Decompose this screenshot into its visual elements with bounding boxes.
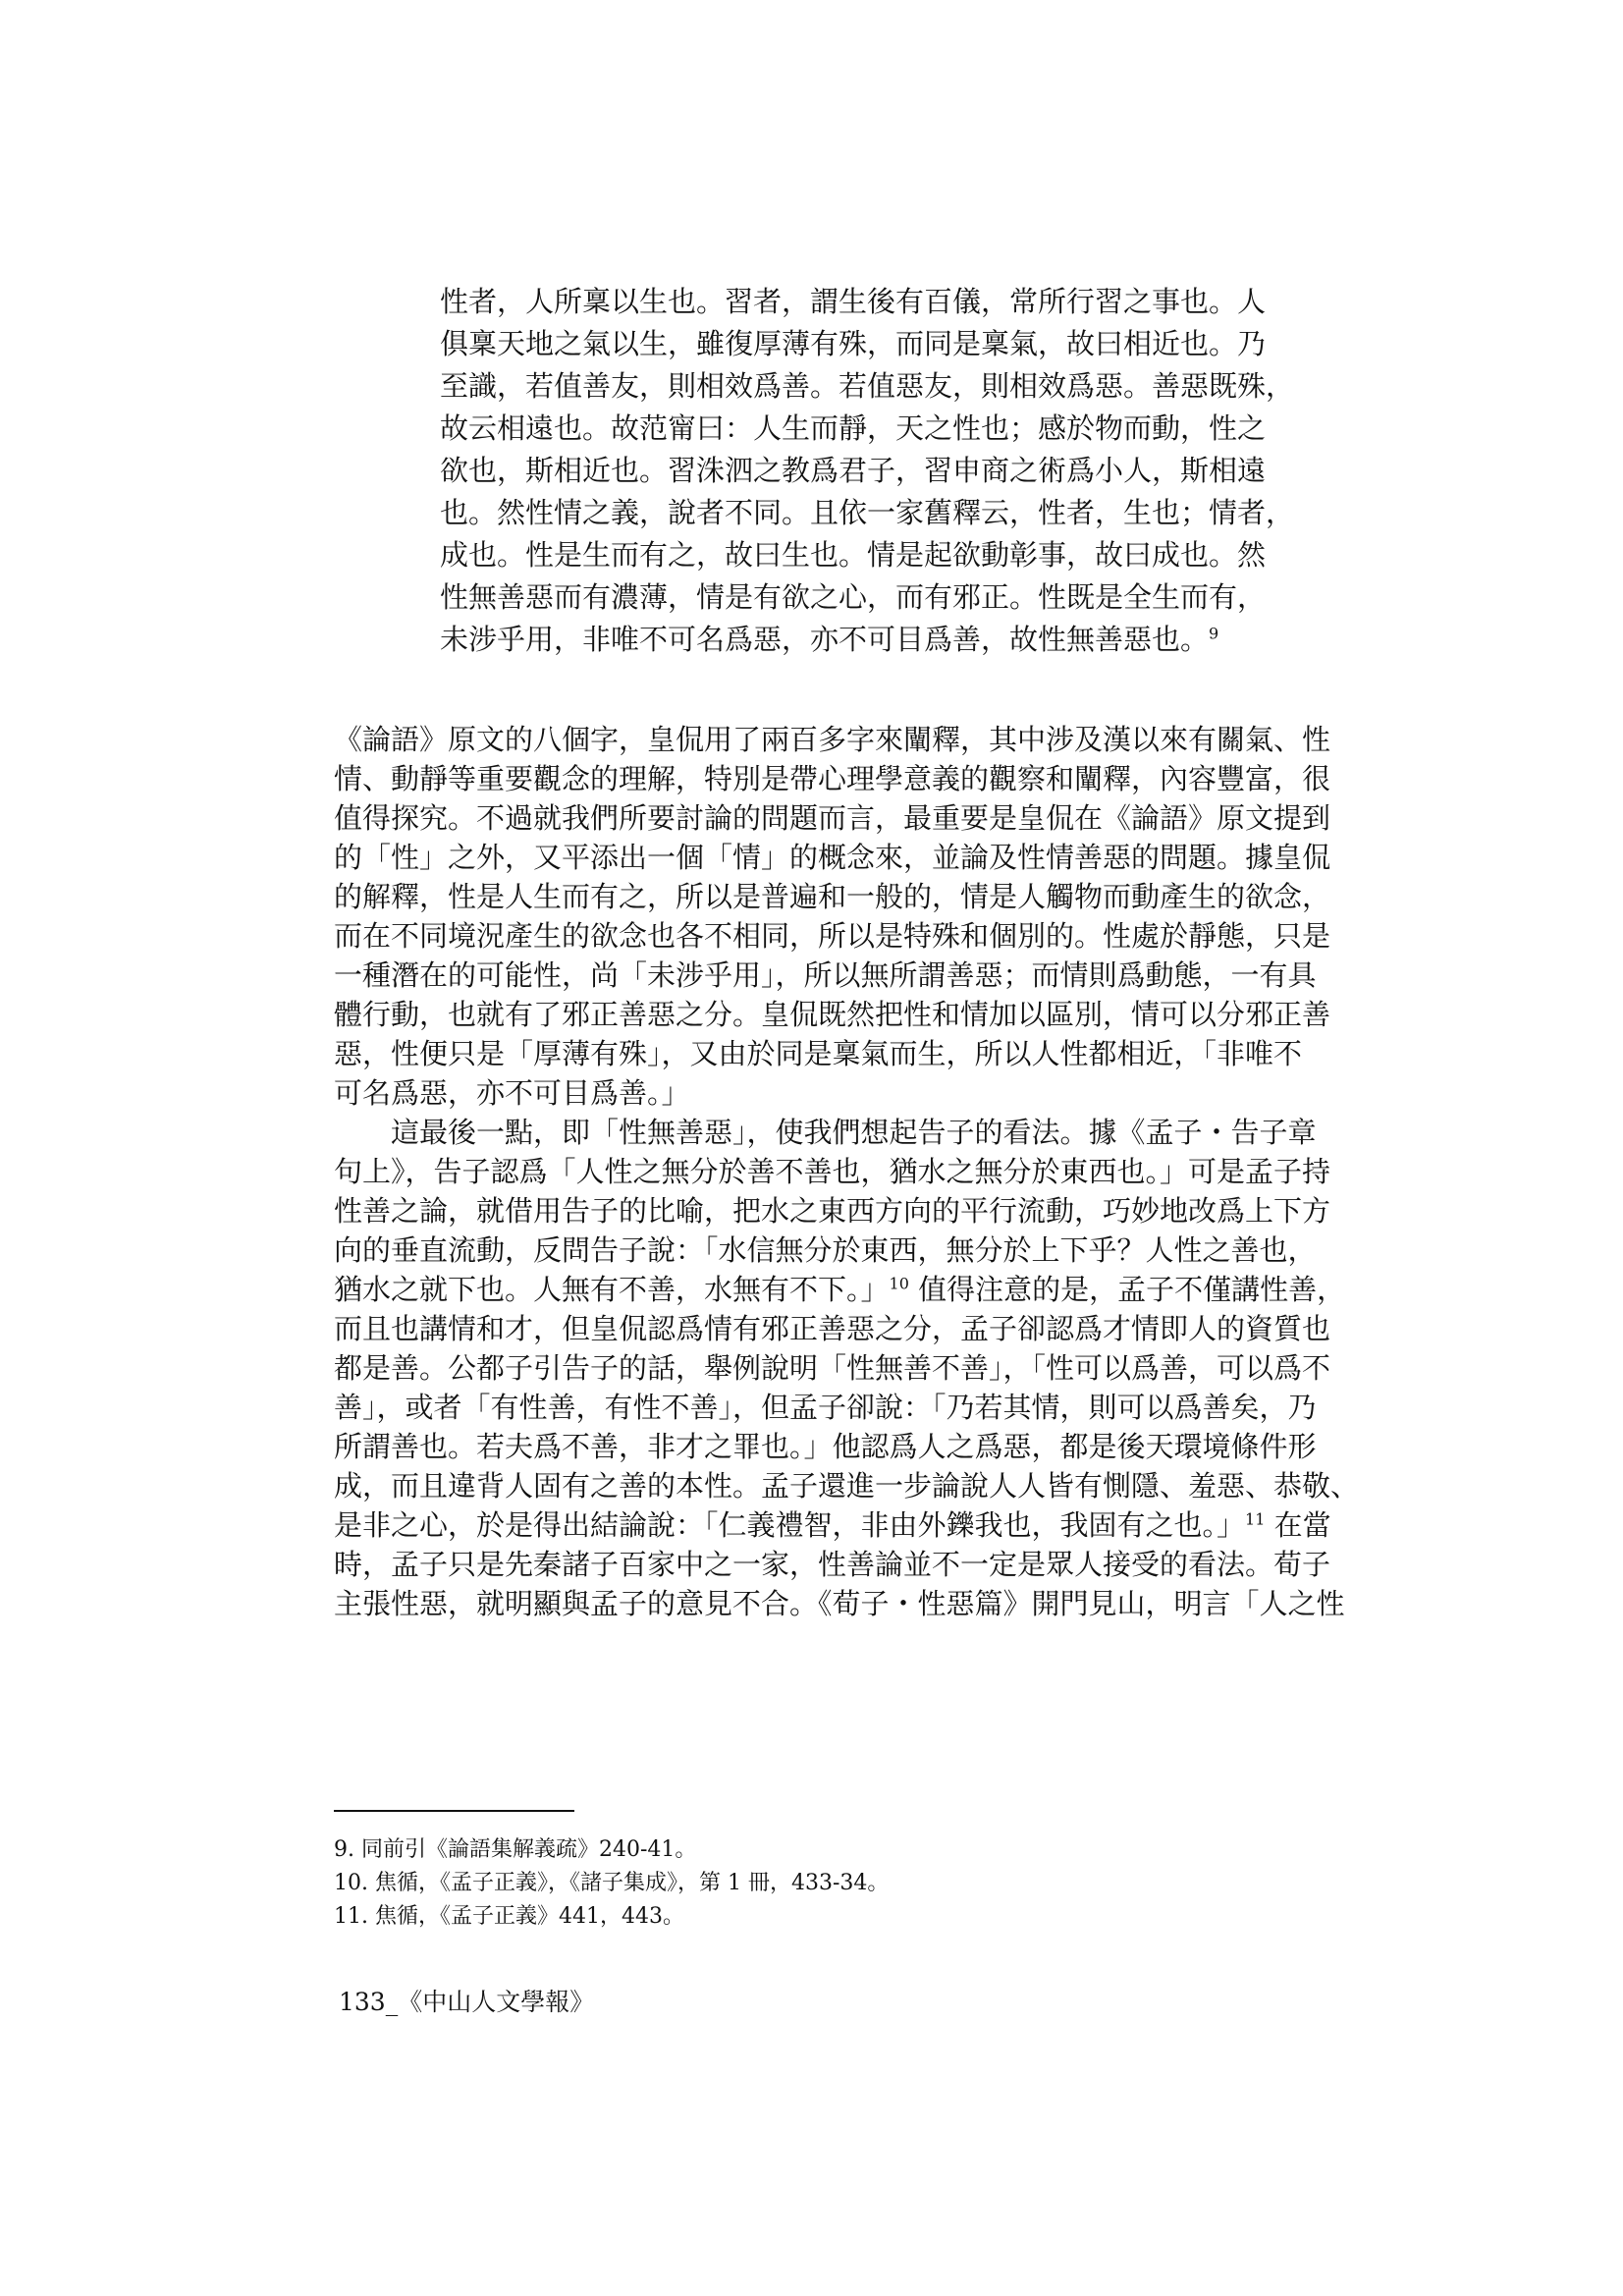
footnote-text: 焦循，《孟子正義》，《諸子集成》，第 1 冊，433-34。 (375, 1871, 889, 1895)
quote-line: 成也。性是生而有之，故曰生也。情是起欲動彰事，故曰成也。然 (440, 538, 1231, 572)
body-line: 這最後一點，即「性無善惡」，使我們想起告子的看法。據《孟子・告子章 (391, 1116, 1282, 1149)
footnote-ref-11[interactable]: 11 (1245, 1509, 1265, 1528)
body-line: 的「性」之外，又平添出一個「情」的概念來，並論及性情善惡的問題。據皇侃 (334, 841, 1282, 874)
footnote-divider (334, 1810, 574, 1812)
quote-line-last: 未涉乎用，非唯不可名爲惡，亦不可目爲善，故性無善惡也。9 (440, 623, 1231, 656)
body-line: 都是善。公都子引告子的話，舉例說明「性無善不善」，「性可以爲善，可以爲不 (334, 1351, 1282, 1385)
footnote-ref-9[interactable]: 9 (1209, 624, 1218, 642)
body-line: 情、動靜等重要觀念的理解，特別是帶心理學意義的觀察和闡釋，內容豐富，很 (334, 762, 1282, 795)
body-line: 成，而且違背人固有之善的本性。孟子還進一步論說人人皆有惻隱、羞惡、恭敬、 (334, 1469, 1282, 1503)
footnote-number: 9. (334, 1837, 354, 1862)
body-line: 主張性惡，就明顯與孟子的意見不合。《荀子・性惡篇》開門見山，明言「人之性 (334, 1587, 1282, 1620)
body-text: 值得注意的是，孟子不僅講性善， (909, 1273, 1345, 1306)
body-text: 猶水之就下也。人無有不善，水無有不下。」 (334, 1273, 890, 1306)
footnote-number: 11. (334, 1904, 368, 1929)
body-line: 《論語》原文的八個字，皇侃用了兩百多字來闡釋，其中涉及漢以來有關氣、性 (334, 723, 1282, 756)
body-line: 是非之心，於是得出結論說：「仁義禮智，非由外鑠我也，我固有之也。」11 在當 (334, 1508, 1282, 1542)
body-line: 的解釋，性是人生而有之，所以是普遍和一般的，情是人觸物而動產生的欲念， (334, 880, 1282, 913)
body-text: 是非之心，於是得出結論說：「仁義禮智，非由外鑠我也，我固有之也。」 (334, 1508, 1245, 1542)
body-line: 一種潛在的可能性，尚「未涉乎用」，所以無所謂善惡；而情則爲動態，一有具 (334, 958, 1282, 992)
page-number: 133 (339, 1988, 386, 2016)
quote-line: 性無善惡而有濃薄，情是有欲之心，而有邪正。性既是全生而有， (440, 580, 1231, 614)
body-line: 可名爲惡，亦不可目爲善。」 (334, 1076, 1282, 1110)
footnote-11: 11. 焦循，《孟子正義》441，443。 (334, 1903, 684, 1931)
body-line: 時，孟子只是先秦諸子百家中之一家，性善論並不一定是眾人接受的看法。荀子 (334, 1548, 1282, 1581)
journal-title: _《中山人文學報》 (386, 1988, 595, 2016)
footnote-text: 同前引《論語集解義疏》240-41。 (361, 1837, 696, 1862)
footnote-ref-10[interactable]: 10 (890, 1274, 909, 1292)
quote-line: 也。然性情之義，說者不同。且依一家舊釋云，性者，生也；情者， (440, 496, 1231, 529)
body-line: 值得探究。不過就我們所要討論的問題而言，最重要是皇侃在《論語》原文提到 (334, 801, 1282, 835)
body-line: 向的垂直流動，反問告子說：「水信無分於東西，無分於上下乎？人性之善也， (334, 1233, 1282, 1267)
quote-line: 欲也，斯相近也。習洙泗之教爲君子，習申商之術爲小人，斯相遠 (440, 454, 1231, 487)
body-line: 猶水之就下也。人無有不善，水無有不下。」10 值得注意的是，孟子不僅講性善， (334, 1273, 1282, 1306)
quote-line: 性者，人所稟以生也。習者，謂生後有百儀，常所行習之事也。人 (440, 285, 1231, 318)
page-footer: 133_《中山人文學報》 (339, 1988, 594, 2017)
quote-line: 故云相遠也。故范甯曰：人生而靜，天之性也；感於物而動，性之 (440, 411, 1231, 445)
body-line: 惡，性便只是「厚薄有殊」，又由於同是稟氣而生，所以人性都相近，「非唯不 (334, 1037, 1282, 1070)
footnote-number: 10. (334, 1871, 368, 1895)
quote-line: 至識，若值善友，則相效爲善。若值惡友，則相效爲惡。善惡既殊， (440, 369, 1231, 403)
footnote-9: 9. 同前引《論語集解義疏》240-41。 (334, 1836, 696, 1864)
quote-text: 未涉乎用，非唯不可名爲惡，亦不可目爲善，故性無善惡也。 (440, 623, 1209, 656)
body-line: 句上》，告子認爲「人性之無分於善不善也，猶水之無分於東西也。」可是孟子持 (334, 1155, 1282, 1188)
quote-line: 俱稟天地之氣以生，雖復厚薄有殊，而同是稟氣，故曰相近也。乃 (440, 327, 1231, 360)
body-text: 在當 (1265, 1508, 1330, 1542)
body-line: 善」，或者「有性善，有性不善」，但孟子卻說：「乃若其情，則可以爲善矣，乃 (334, 1391, 1282, 1424)
body-line: 而在不同境況產生的欲念也各不相同，所以是特殊和個別的。性處於靜態，只是 (334, 919, 1282, 953)
body-line: 而且也講情和才，但皇侃認爲情有邪正善惡之分，孟子卻認爲才情即人的資質也 (334, 1312, 1282, 1345)
body-line: 性善之論，就借用告子的比喻，把水之東西方向的平行流動，巧妙地改爲上下方 (334, 1194, 1282, 1228)
body-line: 體行動，也就有了邪正善惡之分。皇侃既然把性和情加以區別，情可以分邪正善 (334, 998, 1282, 1031)
body-line: 所謂善也。若夫爲不善，非才之罪也。」他認爲人之爲惡，都是後天環境條件形 (334, 1430, 1282, 1463)
footnote-text: 焦循，《孟子正義》441，443。 (375, 1904, 684, 1929)
footnote-10: 10. 焦循，《孟子正義》，《諸子集成》，第 1 冊，433-34。 (334, 1870, 889, 1897)
